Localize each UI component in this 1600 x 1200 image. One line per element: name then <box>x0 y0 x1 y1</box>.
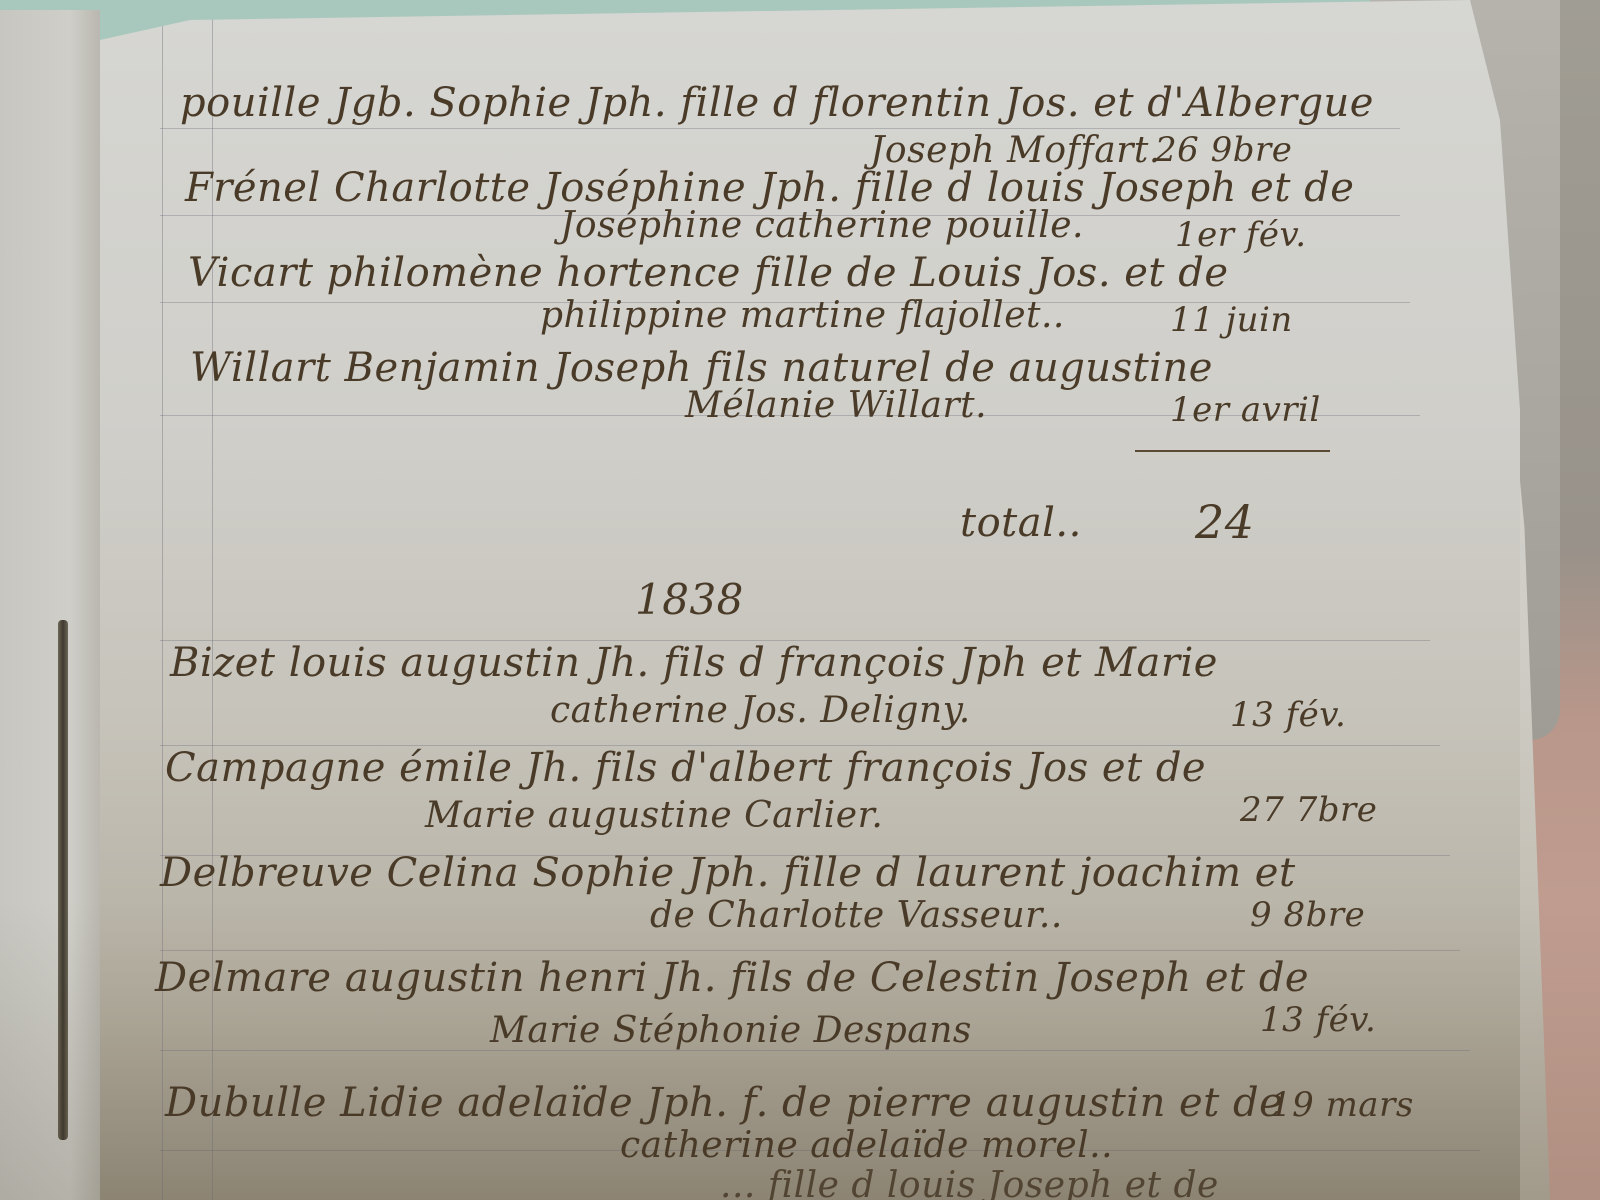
entry-date: 1er avril <box>1170 390 1321 430</box>
entry-line-2: Joséphine catherine pouille. <box>560 205 1084 246</box>
year-heading: 1838 <box>635 575 744 624</box>
total-label: total.. <box>960 500 1082 546</box>
total-value: 24 <box>1195 495 1255 549</box>
entry-line-2: philippine martine flajollet.. <box>540 295 1065 336</box>
entry-date: 13 fév. <box>1260 1000 1376 1040</box>
entry-date: 11 juin <box>1170 300 1293 340</box>
entry-line-1: pouille Jgb. Sophie Jph. fille d florent… <box>180 80 1374 126</box>
book-gutter <box>58 620 68 1140</box>
margin-line <box>162 0 163 1200</box>
entry-line-2: Mélanie Willart. <box>685 385 987 426</box>
entry-line-2: Marie Stéphonie Despans <box>490 1010 972 1051</box>
ruled-line <box>160 128 1400 129</box>
entry-line-1: Campagne émile Jh. fils d'albert françoi… <box>165 745 1206 791</box>
entry-line-2: catherine Jos. Deligny. <box>550 690 971 731</box>
entry-line-1: Delbreuve Celina Sophie Jph. fille d lau… <box>160 850 1296 896</box>
entry-date: 19 mars <box>1270 1085 1414 1125</box>
total-underline <box>1135 450 1330 452</box>
partial-entry-line: ... fille d louis Joseph et de <box>720 1165 1219 1200</box>
ruled-line <box>160 950 1460 951</box>
entry-line-2: Marie augustine Carlier. <box>425 795 883 836</box>
entry-line-2: catherine adelaïde morel.. <box>620 1125 1113 1166</box>
entry-date: 13 fév. <box>1230 695 1346 735</box>
entry-line-1: Vicart philomène hortence fille de Louis… <box>188 250 1229 296</box>
entry-date: 9 8bre <box>1250 895 1365 935</box>
entry-date: 26 9bre <box>1155 130 1292 170</box>
entry-line-1: Delmare augustin henri Jh. fils de Celes… <box>155 955 1309 1001</box>
entry-line-2: de Charlotte Vasseur.. <box>650 895 1063 936</box>
entry-line-1: Dubulle Lidie adelaïde Jph. f. de pierre… <box>165 1080 1283 1126</box>
left-facing-page <box>0 10 100 1200</box>
entry-date: 1er fév. <box>1175 215 1307 255</box>
entry-date: 27 7bre <box>1240 790 1377 830</box>
entry-line-1: Bizet louis augustin Jh. fils d françois… <box>170 640 1218 686</box>
